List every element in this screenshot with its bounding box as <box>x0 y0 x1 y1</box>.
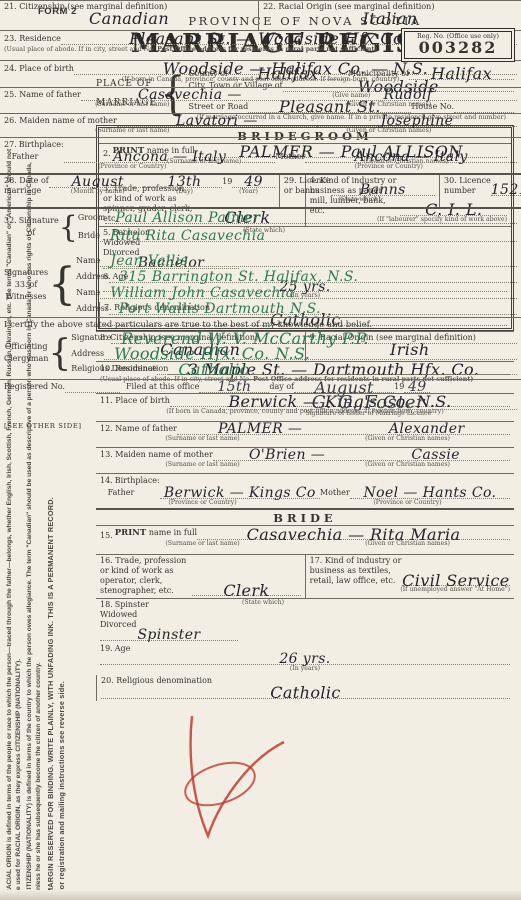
bride-name-value: Casavechia — Rita Maria <box>247 528 461 542</box>
clergyman-address: Woodside Hfx. Co. N.S. <box>114 347 310 361</box>
bride-trade-value: Clerk <box>223 584 269 598</box>
issuer-signature-label: Signature of Issuer of Marriage Licence <box>219 410 517 418</box>
licence-or-banns-value: Banns <box>360 185 406 197</box>
witness1-address: 315 Barrington St. Halifax, N.S. <box>119 272 358 284</box>
row-witness-signatures: Signatures33.ofWitnesses { NameJean Vall… <box>0 254 521 317</box>
registration-number-box: Reg. No. (Office use only) 003282 <box>404 31 512 59</box>
row-bride-father: 25. Name of father Casavechia — Rudolf (… <box>0 87 521 113</box>
row-bride-name: 15. PRINT name in full Casavechia — Rita… <box>96 525 514 554</box>
reg-no-value: 003282 <box>407 40 509 57</box>
witness2-name: William John Casavechia <box>110 288 294 300</box>
bride-racial-value: Italian <box>362 12 417 26</box>
see-other-side-note: [SEE OTHER SIDE] <box>4 421 517 431</box>
row-groom-mother: 13. Maiden name of mother O'Brien — Cass… <box>96 447 514 473</box>
certification-block: I certify the above stated particulars a… <box>0 317 521 379</box>
row-groom-parents-birthplace: 14.Birthplace: Father Berwick — Kings Co… <box>96 473 514 509</box>
filed-day-value: 15th <box>217 382 251 394</box>
row-bride-mother: 26. Maiden name of mother Lavatori — Jos… <box>0 113 521 137</box>
brace-glyph: { <box>59 210 78 245</box>
row-bride-status-age-religion: 18.SpinsterWidowedDivorced Spinster (Sta… <box>96 598 514 643</box>
issuer-signature: G. G. Foster <box>312 395 425 410</box>
row-bride-parents-birthplace: 27.Birthplace: Father Ancona — Italy Mot… <box>0 137 521 173</box>
clergyman-denomination: Catholic <box>178 363 249 377</box>
witness1-name: Jean Vallis <box>110 256 188 268</box>
brace-glyph: { <box>48 333 71 374</box>
brace-glyph: { <box>48 259 76 310</box>
marriage-register-page: RACIAL ORIGIN is defined in terms of the… <box>0 0 521 900</box>
row-couple-signatures: 32.Signatureof { GroomPaul Allison Palme… <box>0 207 521 254</box>
clergyman-signature: Reverend W. V. McCarthy P.P. <box>121 332 369 346</box>
licence-number-value: 15210 <box>491 185 521 197</box>
bride-religion-value: Catholic <box>270 686 341 700</box>
row-bride-citizenship-racial: 21. Citizenship (see marginal definition… <box>0 0 521 30</box>
bride-section-header: BRIDE <box>96 508 514 525</box>
bride-industry-value: Civil Service <box>402 574 510 588</box>
row-marriage-date-licence: 28. Date ofmarriage August(Month by name… <box>0 173 521 207</box>
row-bride-trade-industry: 16. Trade, profession or kind of work as… <box>96 554 514 598</box>
bride-citizenship-value: Canadian <box>89 12 169 26</box>
groom-signature: Paul Allison Palmer <box>115 213 260 225</box>
witness2-address: Port Wallis Dartmouth N.S. <box>119 304 321 316</box>
office-use-block: Registered No. Filed at this office 15th… <box>0 379 521 434</box>
bride-residence-value: Pleasant St. — Woodside Hfx Co. N.S. <box>129 32 449 46</box>
bride-birthplace-value: Woodside — Halifax Co. — N.S. <box>163 62 428 76</box>
bride-status-value: Spinster <box>137 630 200 642</box>
bride-signature: Rita Rita Casavechia <box>110 231 265 243</box>
row-bride-birthplace: 24. Place of birth Woodside — Halifax Co… <box>0 60 521 87</box>
